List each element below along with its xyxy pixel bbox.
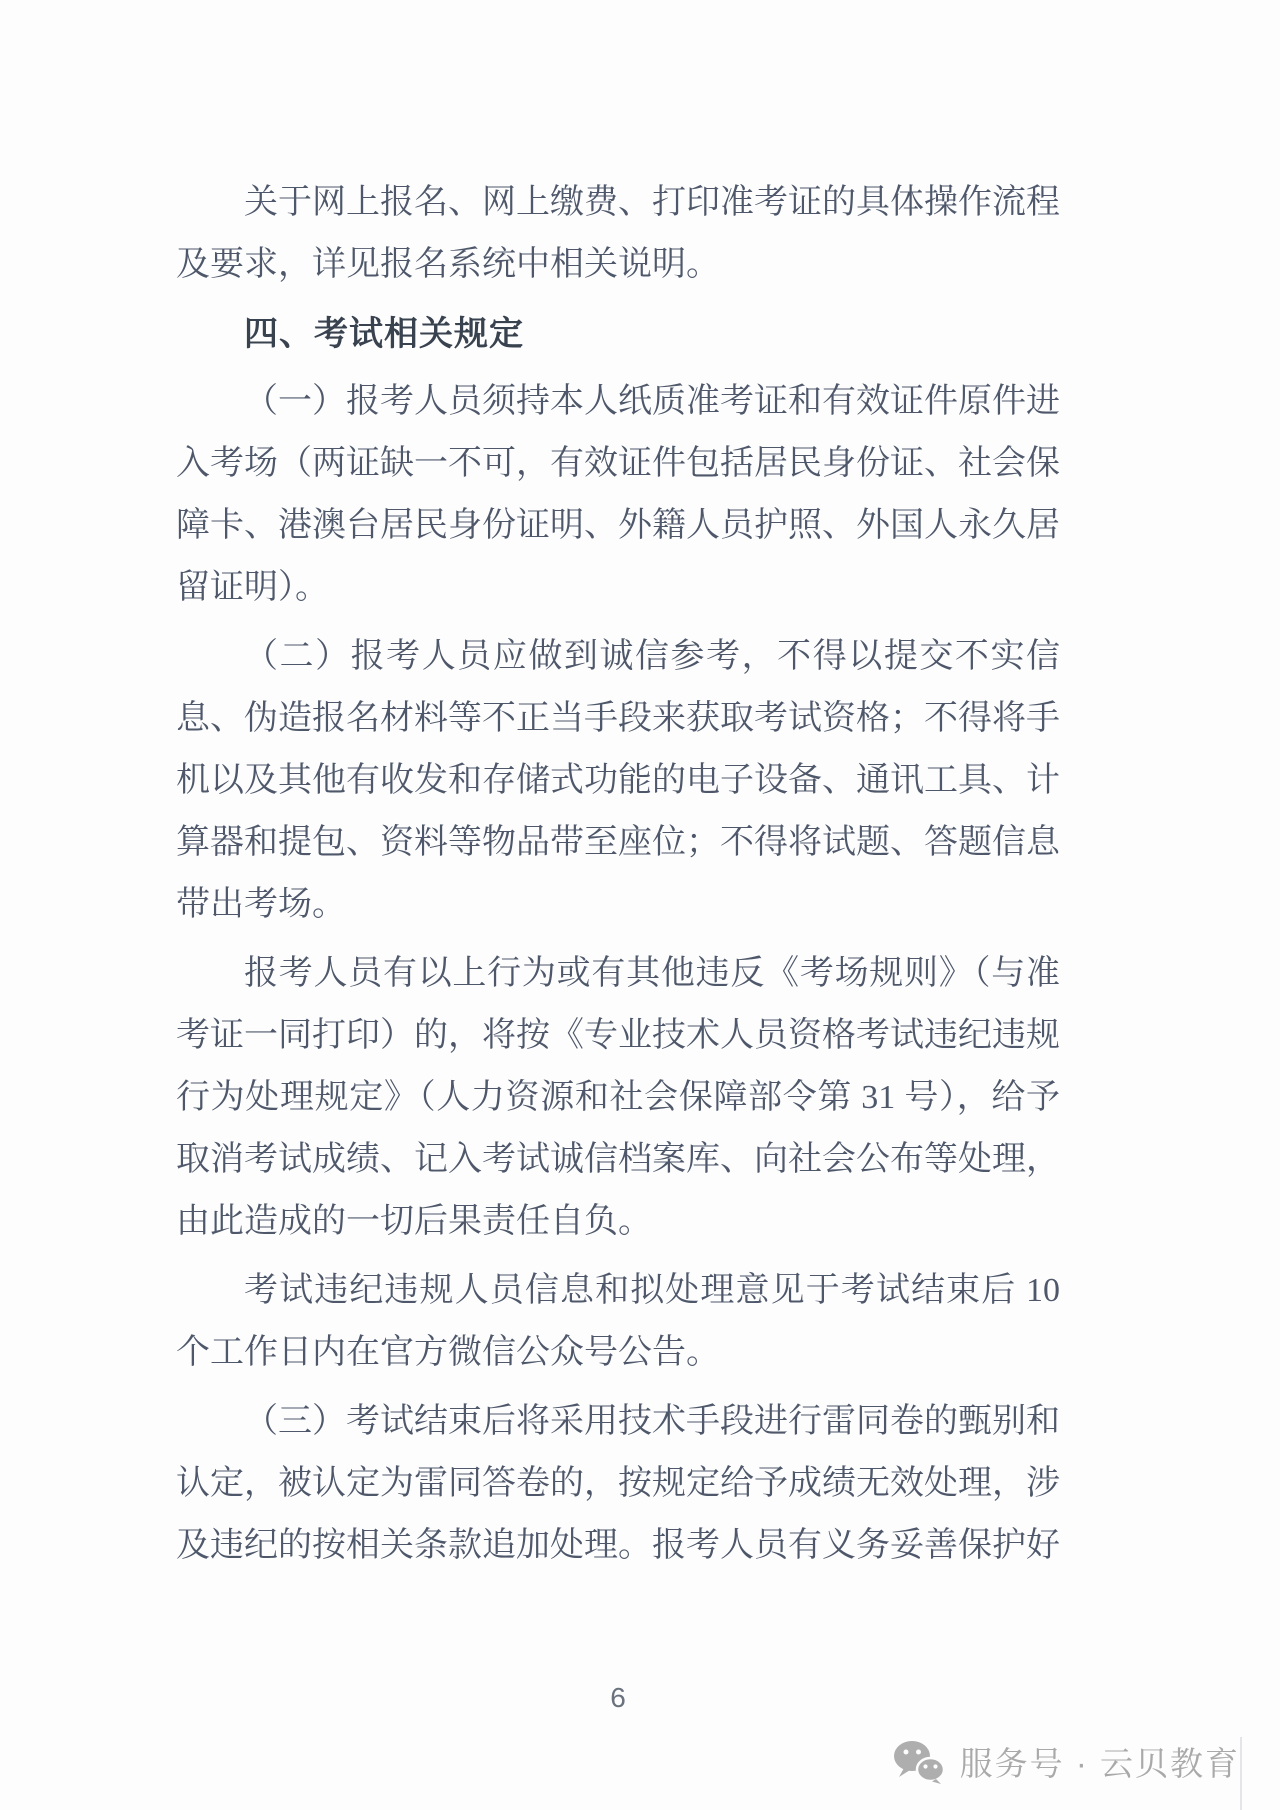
paragraph-violation-announcement: 考试违纪违规人员信息和拟处理意见于考试结束后 10 个工作日内在官方微信公众号公… — [176, 1260, 1060, 1384]
wechat-account-badge: 服务号 · 云贝教育 — [892, 1738, 1240, 1785]
page-number: 6 — [176, 1682, 1060, 1714]
paragraph-item-3-identical-papers: （三）考试结束后将采用技术手段进行雷同卷的甄别和认定，被认定为雷同答卷的，按规定… — [176, 1391, 1060, 1577]
paragraph-violation-handling: 报考人员有以上行为或有其他违反《考场规则》（与准考证一同打印）的，将按《专业技术… — [176, 943, 1060, 1253]
paragraph-online-registration-note: 关于网上报名、网上缴费、打印准考证的具体操作流程及要求，详见报名系统中相关说明。 — [176, 172, 1060, 296]
wechat-account-label: 服务号 · 云贝教育 — [960, 1738, 1240, 1785]
scan-edge-line — [1240, 1737, 1242, 1810]
wechat-icon — [892, 1740, 946, 1784]
paragraph-item-1-admission-documents: （一）报考人员须持本人纸质准考证和有效证件原件进入考场（两证缺一不可，有效证件包… — [176, 371, 1060, 619]
document-page: 关于网上报名、网上缴费、打印准考证的具体操作流程及要求，详见报名系统中相关说明。… — [0, 0, 1280, 1810]
document-body: 关于网上报名、网上缴费、打印准考证的具体操作流程及要求，详见报名系统中相关说明。… — [176, 172, 1060, 1584]
paragraph-item-2-integrity-rules: （二）报考人员应做到诚信参考，不得以提交不实信息、伪造报名材料等不正当手段来获取… — [176, 626, 1060, 936]
section-heading-exam-regulations: 四、考试相关规定 — [176, 303, 1060, 365]
